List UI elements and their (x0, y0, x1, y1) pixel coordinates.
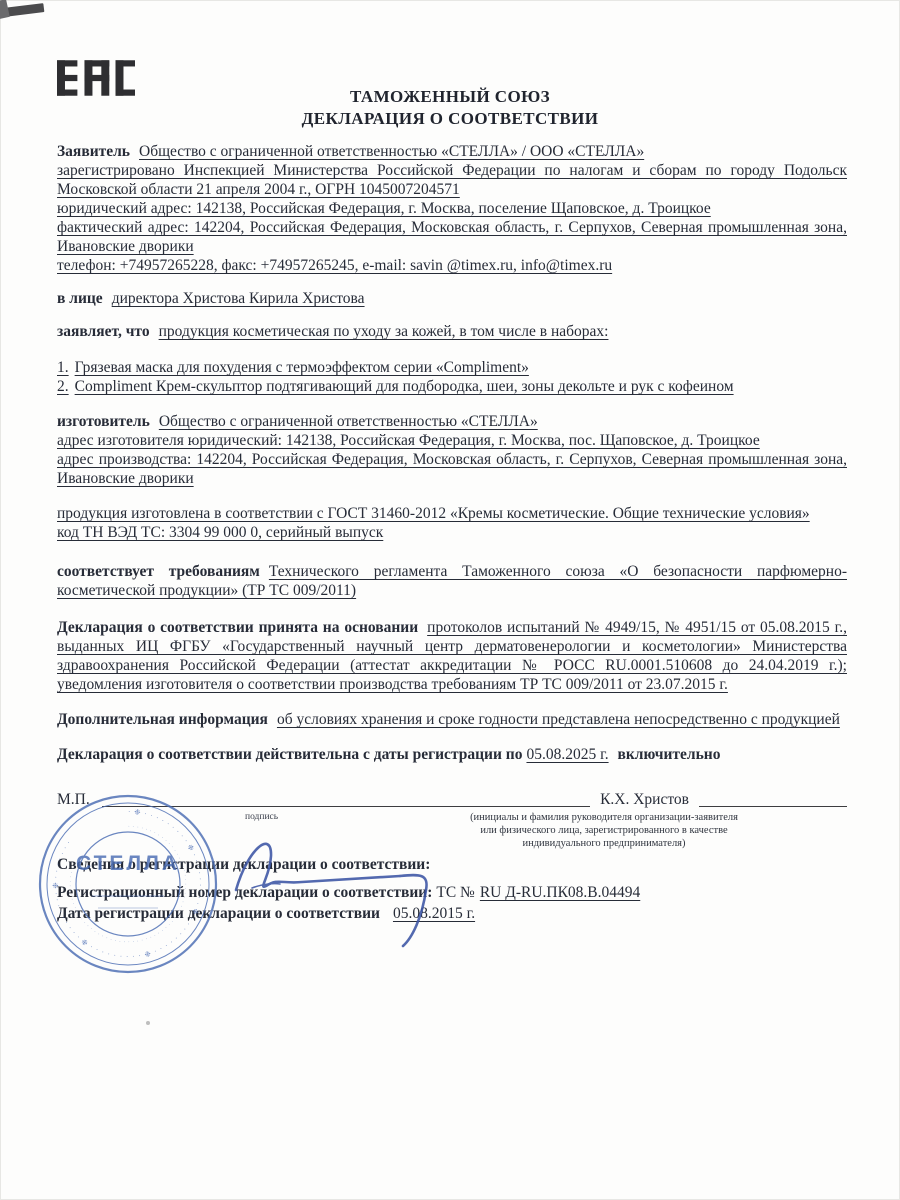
registration-section-title: Сведения о регистрации декларации о соот… (57, 855, 847, 874)
additional-info-value: об условиях хранения и сроке годности пр… (277, 711, 840, 728)
registration-date-line: Дата регистрации декларации о соответств… (57, 904, 847, 923)
additional-info-line: Дополнительная информацияоб условиях хра… (57, 710, 847, 729)
applicant-registration-info: зарегистрировано Инспекцией Министерства… (57, 161, 847, 199)
document-body: ЗаявительОбщество с ограниченной ответст… (57, 142, 847, 923)
validity-line: Декларация о соответствии действительна … (57, 745, 847, 764)
signer-name: К.Х. Христов (598, 790, 691, 810)
signature-line (102, 791, 590, 807)
representative-line: в лицедиректора Христова Кирила Христова (57, 289, 847, 308)
product-1-name: Грязевая маска для похудения с термоэффе… (75, 359, 529, 376)
basis-label: Декларация о соответствии принята на осн… (57, 619, 418, 636)
tn-ved-code-line: код ТН ВЭД ТС: 3304 99 000 0, серийный в… (57, 523, 847, 542)
compliance-line: соответствует требованиямТехнического ре… (57, 562, 847, 600)
signature-row: М.П. К.Х. Христов подпись (57, 790, 847, 810)
declares-value: продукция косметическая по уходу за коже… (159, 323, 609, 340)
registration-date-label: Дата регистрации декларации о соответств… (57, 905, 380, 922)
representative-value: директора Христова Кирила Христова (112, 290, 365, 307)
scan-corner-artifact-small (0, 0, 10, 19)
declaration-document-page: ТАМОЖЕННЫЙ СОЮЗ ДЕКЛАРАЦИЯ О СООТВЕТСТВИ… (0, 0, 900, 1200)
manufacturer-legal-address: адрес изготовителя юридический: 142138, … (57, 431, 847, 450)
compliance-label: соответствует требованиям (57, 563, 260, 580)
validity-date: 05.08.2025 г. (526, 746, 608, 763)
product-2-number: 2. (57, 378, 69, 395)
signer-note: (инициалы и фамилия руководителя организ… (429, 811, 779, 850)
title-line-union: ТАМОЖЕННЫЙ СОЮЗ (0, 86, 900, 108)
registration-number-value: RU Д-RU.ПК08.В.04494 (480, 884, 640, 901)
title-line-declaration: ДЕКЛАРАЦИЯ О СООТВЕТСТВИИ (0, 108, 900, 130)
applicant-contacts: телефон: +74957265228, факс: +7495726524… (57, 256, 847, 275)
basis-line: Декларация о соответствии принята на осн… (57, 618, 847, 694)
manufacturer-label: изготовитель (57, 413, 150, 430)
registration-number-line: Регистрационный номер декларации о соотв… (57, 883, 847, 902)
scan-speck-artifact (146, 1021, 150, 1025)
validity-label: Декларация о соответствии действительна … (57, 746, 522, 763)
manufacturer-production-address: адрес производства: 142204, Российская Ф… (57, 450, 847, 488)
representative-label: в лице (57, 290, 103, 307)
manufacturer-name: Общество с ограниченной ответственностью… (159, 413, 538, 430)
applicant-label: Заявитель (57, 143, 130, 160)
product-item-2: 2.Compliment Крем-скульптор подтягивающи… (57, 377, 847, 396)
applicant-legal-address: юридический адрес: 142138, Российская Фе… (57, 199, 847, 218)
signer-note-line-3: индивидуального предпринимателя) (429, 837, 779, 850)
manufacturer-line: изготовительОбщество с ограниченной отве… (57, 412, 847, 431)
document-title: ТАМОЖЕННЫЙ СОЮЗ ДЕКЛАРАЦИЯ О СООТВЕТСТВИ… (0, 86, 900, 130)
signature-caption: подпись (245, 807, 278, 827)
product-1-number: 1. (57, 359, 69, 376)
signature-line-2 (699, 791, 847, 807)
declaration-subject-line: заявляет, чтопродукция косметическая по … (57, 322, 847, 341)
gost-standard-line: продукция изготовлена в соответствии с Г… (57, 504, 847, 523)
registration-number-prefix: ТС № (436, 884, 474, 901)
applicant-actual-address: фактический адрес: 142204, Российская Фе… (57, 218, 847, 256)
mp-label: М.П. (57, 790, 90, 810)
product-2-name: Compliment Крем-скульптор подтягивающий … (75, 378, 734, 395)
product-item-1: 1.Грязевая маска для похудения с термоэф… (57, 358, 847, 377)
signer-note-line-1: (инициалы и фамилия руководителя организ… (429, 811, 779, 824)
signer-note-line-2: или физического лица, зарегистрированног… (429, 824, 779, 837)
validity-suffix: включительно (617, 746, 720, 763)
applicant-line: ЗаявительОбщество с ограниченной ответст… (57, 142, 847, 161)
additional-info-label: Дополнительная информация (57, 711, 268, 728)
applicant-name: Общество с ограниченной ответственностью… (139, 143, 644, 160)
registration-date-value: 05.08.2015 г. (393, 905, 475, 922)
declares-label: заявляет, что (57, 323, 150, 340)
registration-number-label: Регистрационный номер декларации о соотв… (57, 884, 432, 901)
